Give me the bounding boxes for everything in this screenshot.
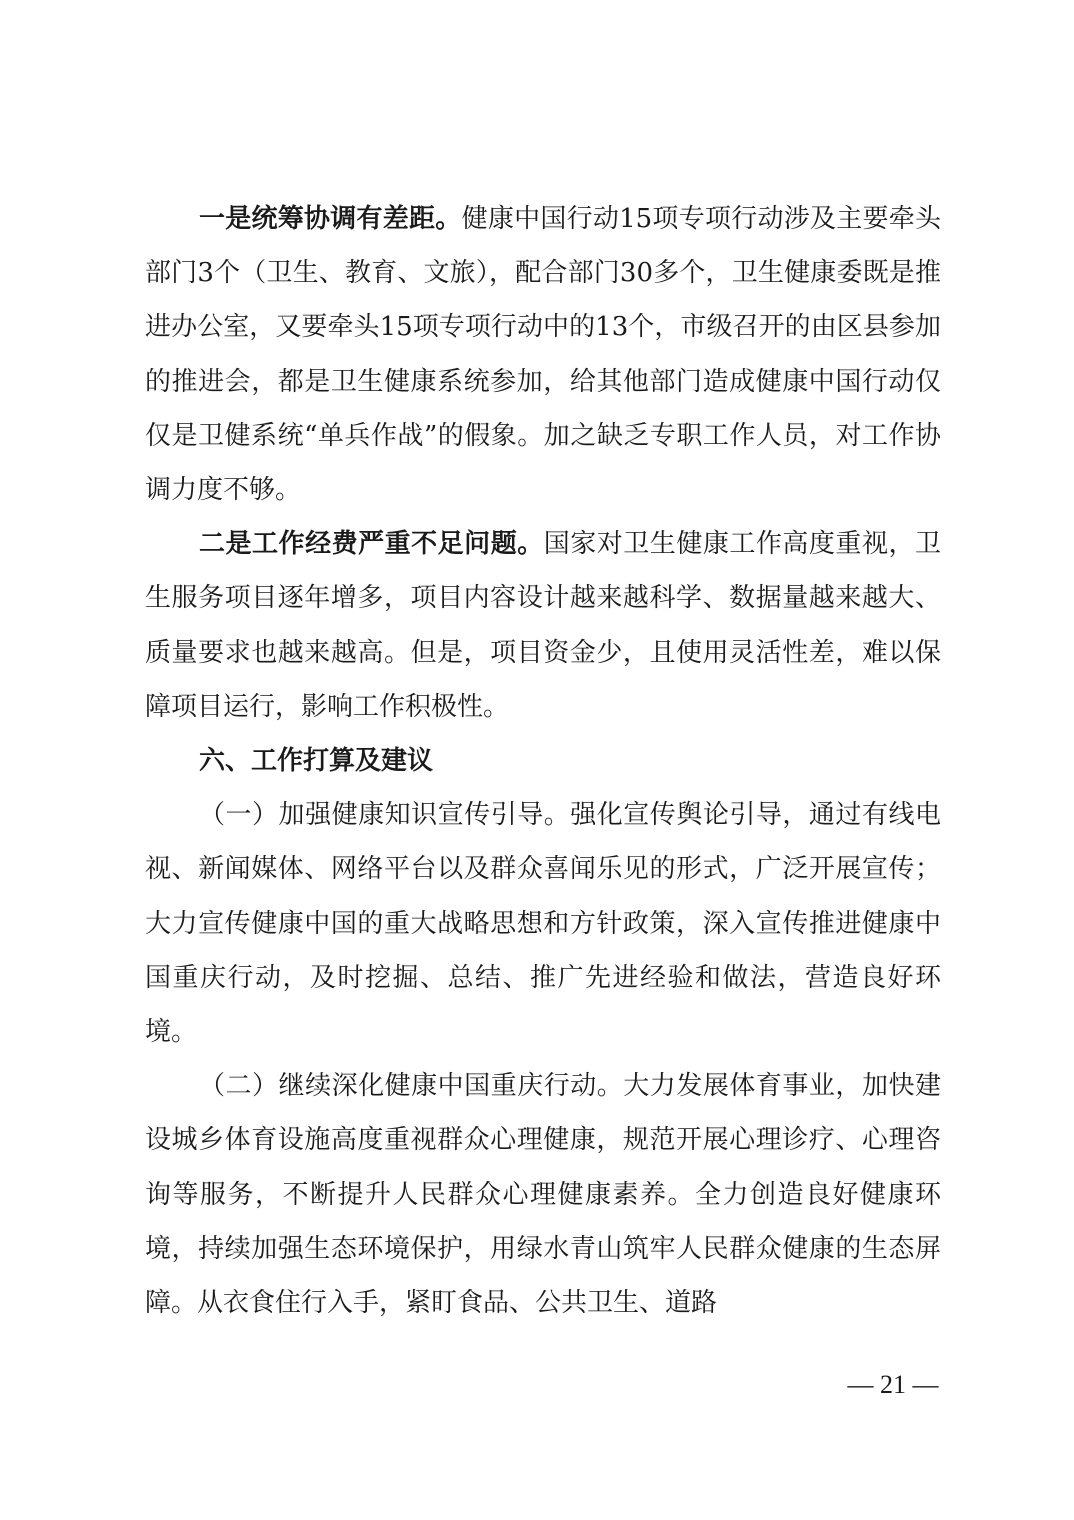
paragraph-lead: 二是工作经费严重不足问题。 <box>199 529 544 559</box>
paragraph-funding-shortage: 二是工作经费严重不足问题。国家对卫生健康工作高度重视，卫生服务项目逐年增多，项目… <box>145 517 941 734</box>
paragraph-body: 强化宣传舆论引导，通过有线电视、新闻媒体、网络平台以及群众喜闻乐见的形式，广泛开… <box>145 800 941 1047</box>
paragraph-lead: 一是统筹协调有差距。 <box>199 204 462 234</box>
document-page: 一是统筹协调有差距。健康中国行动15项专项行动涉及主要牵头部门3个（卫生、教育、… <box>145 192 941 1330</box>
paragraph-body: 健康中国行动15项专项行动涉及主要牵头部门3个（卫生、教育、文旅），配合部门30… <box>145 204 941 505</box>
paragraph-health-publicity: （一）加强健康知识宣传引导。强化宣传舆论引导，通过有线电视、新闻媒体、网络平台以… <box>145 788 941 1059</box>
section-heading: 六、工作打算及建议 <box>145 734 941 788</box>
page-number: — 21 — <box>838 1370 948 1400</box>
paragraph-lead: （二）继续深化健康中国重庆行动。 <box>199 1071 623 1101</box>
paragraph-lead: （一）加强健康知识宣传引导。 <box>199 800 570 830</box>
paragraph-body: 大力发展体育事业，加快建设城乡体育设施高度重视群众心理健康，规范开展心理诊疗、心… <box>145 1071 941 1318</box>
paragraph-coordination-gap: 一是统筹协调有差距。健康中国行动15项专项行动涉及主要牵头部门3个（卫生、教育、… <box>145 192 941 517</box>
paragraph-deepen-action: （二）继续深化健康中国重庆行动。大力发展体育事业，加快建设城乡体育设施高度重视群… <box>145 1059 941 1330</box>
